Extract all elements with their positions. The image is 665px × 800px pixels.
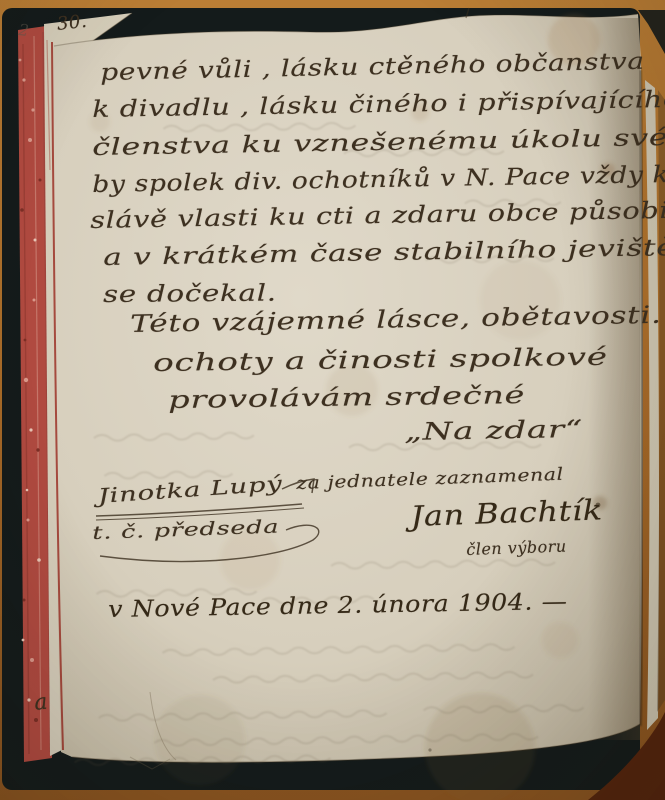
pencil-mark: 2 [17, 20, 30, 40]
manuscript-line: se dočekal. [103, 280, 277, 308]
manuscript-photo: 30. 2 pevné vůli , lásku ctěného občanst… [0, 0, 665, 800]
manuscript-line: provolávám srdečné [168, 381, 525, 414]
page-number: 30. [56, 11, 88, 35]
recorder-signature: Jan Bachtík [410, 493, 603, 533]
corner-mark: a [33, 690, 49, 716]
recorder-role: člen výboru [466, 536, 567, 558]
salute-line: „Na zdar“ [404, 415, 583, 446]
